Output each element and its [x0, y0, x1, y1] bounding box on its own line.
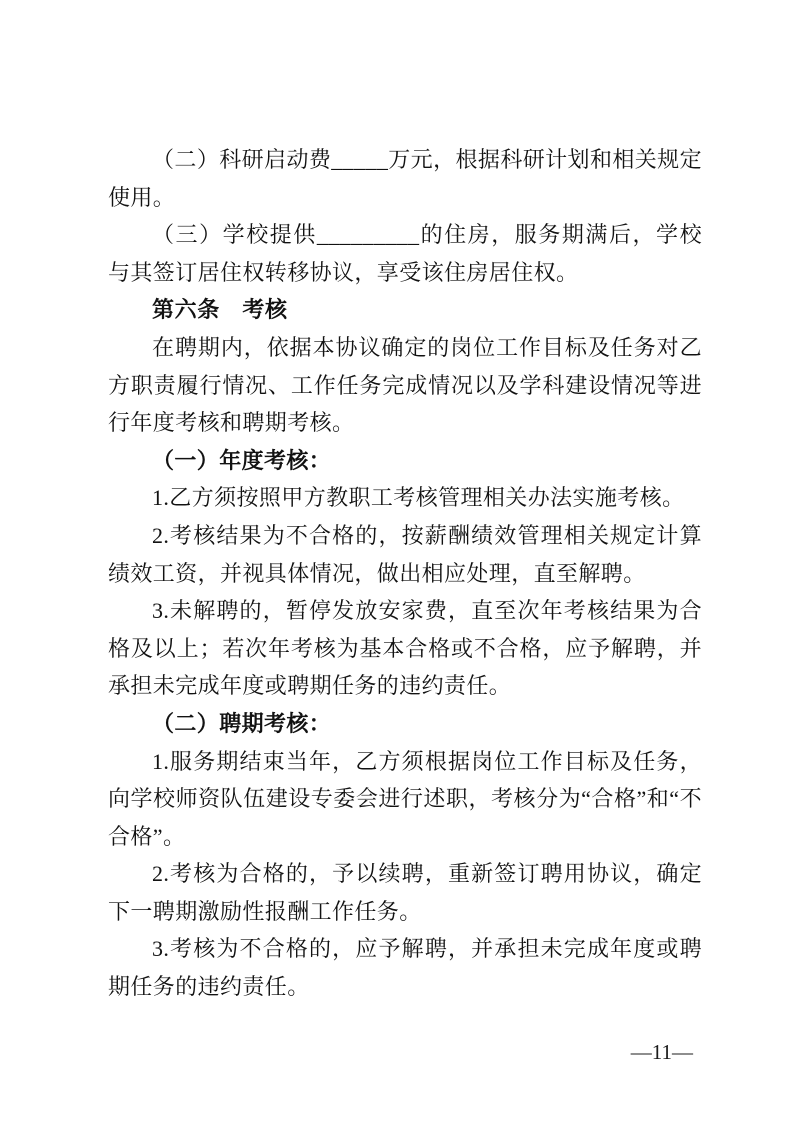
annual-assessment-subheading: （一）年度考核：: [108, 442, 702, 480]
annual-assessment-item-3: 3.未解聘的，暂停发放安家费，直至次年考核结果为合格及以上；若次年考核为基本合格…: [108, 592, 702, 705]
paragraph-housing-provision: （三）学校提供_________的住房，服务期满后，学校与其签订居住权转移协议，…: [108, 216, 702, 291]
term-assessment-subheading: （二）聘期考核：: [108, 705, 702, 743]
term-assessment-item-2: 2.考核为合格的，予以续聘，重新签订聘用协议，确定下一聘期激励性报酬工作任务。: [108, 855, 702, 930]
article-six-heading: 第六条 考核: [108, 291, 702, 329]
term-assessment-item-3: 3.考核为不合格的，应予解聘，并承担未完成年度或聘期任务的违约责任。: [108, 930, 702, 1005]
document-content: （二）科研启动费_____万元，根据科研计划和相关规定使用。 （三）学校提供__…: [108, 141, 702, 1006]
paragraph-research-startup-fee: （二）科研启动费_____万元，根据科研计划和相关规定使用。: [108, 141, 702, 216]
document-page: （二）科研启动费_____万元，根据科研计划和相关规定使用。 （三）学校提供__…: [0, 0, 793, 1122]
page-number: —11—: [631, 1038, 693, 1066]
annual-assessment-item-1: 1.乙方须按照甲方教职工考核管理相关办法实施考核。: [108, 479, 702, 517]
paragraph-assessment-overview: 在聘期内，依据本协议确定的岗位工作目标及任务对乙方职责履行情况、工作任务完成情况…: [108, 329, 702, 442]
annual-assessment-item-2: 2.考核结果为不合格的，按薪酬绩效管理相关规定计算绩效工资，并视具体情况，做出相…: [108, 517, 702, 592]
page-footer: —11—: [0, 1038, 793, 1066]
term-assessment-item-1: 1.服务期结束当年，乙方须根据岗位工作目标及任务，向学校师资队伍建设专委会进行述…: [108, 743, 702, 856]
